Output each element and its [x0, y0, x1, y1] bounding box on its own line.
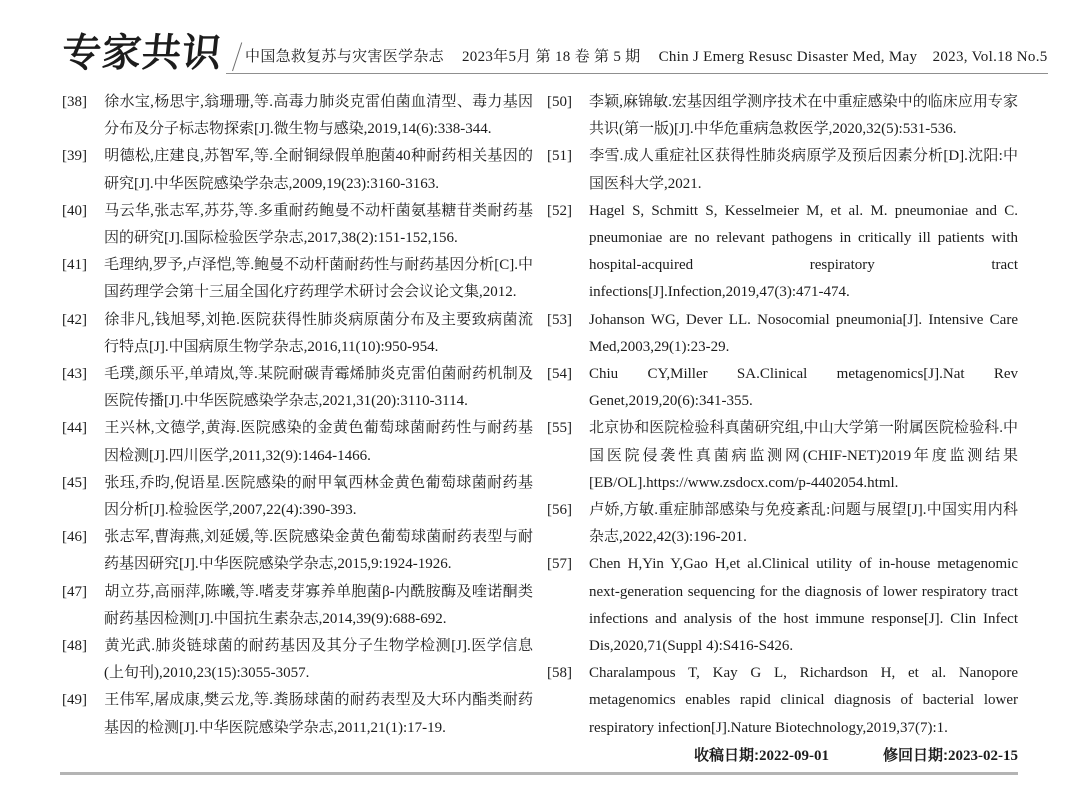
reference-item: [42]徐非凡,钱旭琴,刘艳.医院获得性肺炎病原菌分布及主要致病菌流行特点[J]…: [62, 307, 533, 361]
journal-title-en: Chin J Emerg Resusc Disaster Med, May 20…: [659, 49, 1048, 65]
reference-item: [41]毛理纳,罗予,卢泽恺,等.鲍曼不动杆菌耐药性与耐药基因分析[C].中国药…: [62, 252, 533, 306]
reference-number: [54]: [547, 361, 589, 388]
reference-text: 徐非凡,钱旭琴,刘艳.医院获得性肺炎病原菌分布及主要致病菌流行特点[J].中国病…: [104, 312, 533, 355]
reference-item: [50]李颖,麻锦敏.宏基因组学测序技术在中重症感染中的临床应用专家共识(第一版…: [547, 89, 1018, 143]
reference-item: [44]王兴林,文德学,黄海.医院感染的金黄色葡萄球菌耐药性与耐药基因检测[J]…: [62, 415, 533, 469]
reference-number: [50]: [547, 89, 589, 116]
reference-text: 卢娇,方敏.重症肺部感染与免疫紊乱:问题与展望[J].中国实用内科杂志,2022…: [589, 502, 1018, 545]
reference-item: [58]Charalampous T, Kay G L, Richardson …: [547, 660, 1018, 742]
received-date-value: 2022-09-01: [759, 748, 829, 764]
reference-item: [45]张珏,乔昀,倪语星.医院感染的耐甲氧西林金黄色葡萄球菌耐药基因分析[J]…: [62, 470, 533, 524]
bottom-page-rule: [60, 772, 1018, 775]
references-column-right: [50]李颖,麻锦敏.宏基因组学测序技术在中重症感染中的临床应用专家共识(第一版…: [547, 89, 1018, 770]
reference-item: [48]黄光武.肺炎链球菌的耐药基因及其分子生物学检测[J].医学信息(上旬刊)…: [62, 633, 533, 687]
reference-text: 王兴林,文德学,黄海.医院感染的金黄色葡萄球菌耐药性与耐药基因检测[J].四川医…: [104, 420, 533, 463]
received-date: 收稿日期:2022-09-01: [694, 742, 829, 770]
reference-item: [52]Hagel S, Schmitt S, Kesselmeier M, e…: [547, 198, 1018, 307]
reference-number: [40]: [62, 198, 104, 225]
reference-text: 张珏,乔昀,倪语星.医院感染的耐甲氧西林金黄色葡萄球菌耐药基因分析[J].检验医…: [104, 475, 533, 518]
reference-text: 王伟军,屠成康,樊云龙,等.粪肠球菌的耐药表型及大环内酯类耐药基因的检测[J].…: [104, 692, 533, 735]
reference-text: 毛理纳,罗予,卢泽恺,等.鲍曼不动杆菌耐药性与耐药基因分析[C].中国药理学会第…: [104, 257, 533, 300]
reference-item: [47]胡立芬,高丽萍,陈曦,等.嗜麦芽寡养单胞菌β-内酰胺酶及喹诺酮类耐药基因…: [62, 579, 533, 633]
reference-item: [49]王伟军,屠成康,樊云龙,等.粪肠球菌的耐药表型及大环内酯类耐药基因的检测…: [62, 687, 533, 741]
reference-number: [46]: [62, 524, 104, 551]
reference-text: Chiu CY,Miller SA.Clinical metagenomics[…: [589, 366, 1018, 409]
reference-text: 北京协和医院检验科真菌研究组,中山大学第一附属医院检验科.中国医院侵袭性真菌病监…: [589, 420, 1018, 490]
page-header: 专家共识 中国急救复苏与灾害医学杂志 2023年5月 第 18 卷 第 5 期 …: [0, 0, 1080, 74]
reference-text: 徐水宝,杨思宇,翁珊珊,等.高毒力肺炎克雷伯菌血清型、毒力基因分布及分子标志物探…: [104, 94, 533, 137]
reference-item: [40]马云华,张志军,苏芬,等.多重耐药鲍曼不动杆菌氨基糖苷类耐药基因的研究[…: [62, 198, 533, 252]
header-rule-row: 中国急救复苏与灾害医学杂志 2023年5月 第 18 卷 第 5 期 Chin …: [226, 41, 1048, 74]
revised-date-value: 2023-02-15: [948, 748, 1018, 764]
journal-title-zh: 中国急救复苏与灾害医学杂志: [245, 49, 444, 65]
reference-text: 黄光武.肺炎链球菌的耐药基因及其分子生物学检测[J].医学信息(上旬刊),201…: [104, 638, 533, 681]
reference-number: [56]: [547, 497, 589, 524]
reference-number: [38]: [62, 89, 104, 116]
reference-text: 胡立芬,高丽萍,陈曦,等.嗜麦芽寡养单胞菌β-内酰胺酶及喹诺酮类耐药基因检测[J…: [104, 584, 533, 627]
reference-text: 毛璞,颜乐平,单靖岚,等.某院耐碳青霉烯肺炎克雷伯菌耐药机制及医院传播[J].中…: [104, 366, 533, 409]
reference-text: 李雪.成人重症社区获得性肺炎病原学及预后因素分析[D].沈阳:中国医科大学,20…: [589, 148, 1018, 191]
reference-item: [43]毛璞,颜乐平,单靖岚,等.某院耐碳青霉烯肺炎克雷伯菌耐药机制及医院传播[…: [62, 361, 533, 415]
journal-info: 中国急救复苏与灾害医学杂志 2023年5月 第 18 卷 第 5 期 Chin …: [245, 45, 1048, 66]
reference-item: [55]北京协和医院检验科真菌研究组,中山大学第一附属医院检验科.中国医院侵袭性…: [547, 415, 1018, 497]
journal-page: 专家共识 中国急救复苏与灾害医学杂志 2023年5月 第 18 卷 第 5 期 …: [0, 0, 1080, 791]
received-date-label: 收稿日期:: [694, 747, 759, 764]
reference-number: [45]: [62, 470, 104, 497]
reference-item: [57]Chen H,Yin Y,Gao H,et al.Clinical ut…: [547, 551, 1018, 660]
reference-number: [51]: [547, 143, 589, 170]
revised-date-label: 修回日期:: [883, 747, 948, 764]
reference-item: [38]徐水宝,杨思宇,翁珊珊,等.高毒力肺炎克雷伯菌血清型、毒力基因分布及分子…: [62, 89, 533, 143]
reference-number: [52]: [547, 198, 589, 225]
reference-item: [39]明德松,庄建良,苏智军,等.全耐铜绿假单胞菌40种耐药相关基因的研究[J…: [62, 143, 533, 197]
manuscript-dates: 收稿日期:2022-09-01 修回日期:2023-02-15: [547, 742, 1018, 770]
reference-number: [53]: [547, 307, 589, 334]
reference-number: [57]: [547, 551, 589, 578]
reference-text: 李颖,麻锦敏.宏基因组学测序技术在中重症感染中的临床应用专家共识(第一版)[J]…: [589, 94, 1018, 137]
references-column-left: [38]徐水宝,杨思宇,翁珊珊,等.高毒力肺炎克雷伯菌血清型、毒力基因分布及分子…: [62, 89, 533, 770]
reference-text: 张志军,曹海燕,刘延媛,等.医院感染金黄色葡萄球菌耐药表型与耐药基因研究[J].…: [104, 529, 533, 572]
issue-info-zh: 2023年5月 第 18 卷 第 5 期: [462, 49, 641, 65]
reference-number: [43]: [62, 361, 104, 388]
reference-number: [49]: [62, 687, 104, 714]
reference-number: [48]: [62, 633, 104, 660]
reference-number: [44]: [62, 415, 104, 442]
reference-number: [47]: [62, 579, 104, 606]
reference-number: [55]: [547, 415, 589, 442]
reference-number: [42]: [62, 307, 104, 334]
references-section: [38]徐水宝,杨思宇,翁珊珊,等.高毒力肺炎克雷伯菌血清型、毒力基因分布及分子…: [0, 74, 1080, 770]
diagonal-separator-icon: [232, 42, 242, 71]
reference-number: [58]: [547, 660, 589, 687]
reference-item: [51]李雪.成人重症社区获得性肺炎病原学及预后因素分析[D].沈阳:中国医科大…: [547, 143, 1018, 197]
reference-number: [39]: [62, 143, 104, 170]
reference-text: 马云华,张志军,苏芬,等.多重耐药鲍曼不动杆菌氨基糖苷类耐药基因的研究[J].国…: [104, 203, 533, 246]
reference-text: Hagel S, Schmitt S, Kesselmeier M, et al…: [589, 203, 1018, 301]
reference-number: [41]: [62, 252, 104, 279]
reference-item: [54]Chiu CY,Miller SA.Clinical metagenom…: [547, 361, 1018, 415]
reference-text: Johanson WG, Dever LL. Nosocomial pneumo…: [589, 312, 1018, 355]
column-logo-expert-consensus: 专家共识: [60, 34, 224, 74]
reference-item: [56]卢娇,方敏.重症肺部感染与免疫紊乱:问题与展望[J].中国实用内科杂志,…: [547, 497, 1018, 551]
reference-item: [53]Johanson WG, Dever LL. Nosocomial pn…: [547, 307, 1018, 361]
reference-text: Chen H,Yin Y,Gao H,et al.Clinical utilit…: [589, 556, 1018, 654]
revised-date: 修回日期:2023-02-15: [883, 742, 1018, 770]
reference-text: Charalampous T, Kay G L, Richardson H, e…: [589, 665, 1018, 735]
reference-item: [46]张志军,曹海燕,刘延媛,等.医院感染金黄色葡萄球菌耐药表型与耐药基因研究…: [62, 524, 533, 578]
reference-text: 明德松,庄建良,苏智军,等.全耐铜绿假单胞菌40种耐药相关基因的研究[J].中华…: [104, 148, 533, 191]
